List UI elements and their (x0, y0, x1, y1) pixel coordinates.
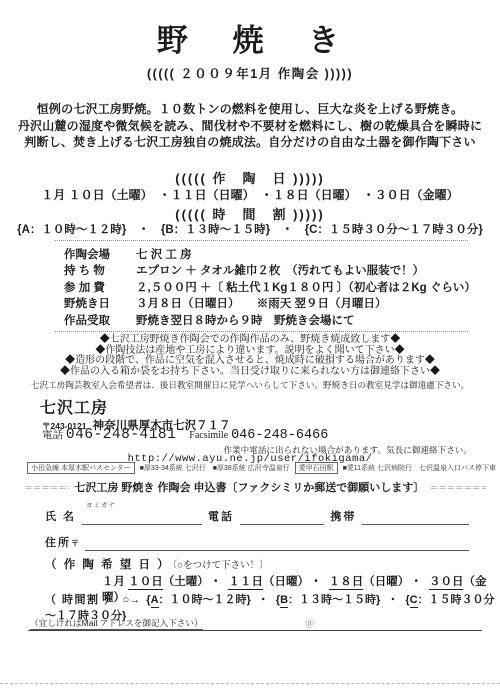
page-subtitle: ((((( ２００９年1月 作陶会 ))))) (0, 64, 500, 82)
name-field-label: 氏 名 (45, 508, 76, 525)
mail-address-row: （宜しければMail アドレスを御記入下さい） ＠ (28, 612, 482, 631)
detail-label: 作陶会場 (64, 247, 124, 263)
detail-row: 持 ち 物 エプロン ＋ タオル雑巾２枚 （汚れてもよい服装で！） (64, 263, 480, 279)
bus-access-info: 小田急線 本厚木駅バスセンター ■厚33-34系統 七沢行 ■厚38系統 広沢寺… (24, 462, 490, 474)
detail-row: 参 加 費 ２,５００円 ＋〔 粘土代１Kg１８０円 〕（初心者は２Kg ぐらい… (64, 280, 480, 296)
timeslot-option: {A：１０時～１２時} (146, 594, 251, 608)
detail-label: 参 加 費 (64, 280, 124, 296)
name-contact-row: 氏 名 電話 携帯 (45, 508, 475, 525)
form-header: ＝＝＝＝＝＝＝＝ 七沢工房 野焼き 作陶会 申込書〔ファクシミリか郵送で御願いし… (24, 479, 486, 495)
timetable-slots: {A：１０時～１２時} ・ {B：１３時～１５時} ・ {C：１５時３０分～１７… (0, 221, 500, 237)
scanned-flyer-page: 野 焼 き ((((( ２００９年1月 作陶会 ))))) 恒例の七沢工房野焼。… (0, 0, 500, 688)
note-item: ◆七沢工房野焼き作陶会での作陶作品のみ、野焼き焼成致します◆ (0, 335, 500, 346)
header-block: 野 焼 き ((((( ２００９年1月 作陶会 ))))) (0, 24, 500, 82)
phone-field-line (240, 510, 324, 525)
phone-number: 046-248-4181 (66, 427, 176, 443)
scan-artifact-line (0, 683, 500, 684)
fax-label: Facsimile (189, 430, 228, 441)
bus-route: ■厚33-34系統 七沢行 ■厚38系統 広沢寺温泉行 (140, 465, 290, 472)
detail-value: 野焼き翌日８時から９時 野焼き会場にて (136, 313, 355, 329)
station-badge: 愛甲石田駅 (295, 462, 338, 474)
intro-line: 丹沢山麓の湿度や微気候を読み、間伐材や不要材を燃料にし、樹の乾燥具合を瞬時に (0, 118, 500, 135)
page-title: 野 焼 き (0, 24, 500, 58)
studio-name: 七沢工房 (40, 395, 500, 418)
timeslot-option: {B：１３時～１５時} (276, 594, 381, 608)
note-item: ◆作品の入る箱か袋をお持ち下さい。当日受け取りに来られない方は御連絡下さい◆ (0, 367, 500, 378)
phone-field-label: 電話 (208, 508, 234, 525)
circle-arrow-mark: ○→ (123, 594, 141, 606)
dotted-divider (55, 331, 468, 332)
address-field-line (85, 536, 469, 551)
note-small: 七沢工房陶芸教室入会希望者は、後日教室開催日に見学へいらして下さい。野焼き日の教… (0, 379, 500, 391)
intro-line: 判断し、焚き上げる七沢工房独自の焼成法。自分だけの自由な土器を御作陶下さい (0, 134, 500, 151)
wish-date-label-row: （ 作 陶 希 望 日 ）〔○をつけて下さい！〕 (45, 556, 500, 572)
name-field-line (82, 510, 202, 525)
notes-list: ◆七沢工房野焼き作陶会での作陶作品のみ、野焼き焼成致します◆ ◆作陶技法は産地や… (0, 335, 500, 391)
intro-paragraph: 恒例の七沢工房野焼。１０数トンの燃料を使用し、巨大な炎を上げる野焼き。 丹沢山麓… (0, 101, 500, 151)
wish-date-label: （ 作 陶 希 望 日 ） (45, 559, 171, 571)
event-details-list: 作陶会場 七 沢 工 房 持 ち 物 エプロン ＋ タオル雑巾２枚 （汚れてもよ… (64, 247, 480, 329)
section-heading-pottery-dates: ((((( 作 陶 日 ))))) (0, 168, 500, 187)
detail-label: 持 ち 物 (64, 263, 124, 279)
detail-label: 野焼き日 (64, 296, 124, 312)
detail-value: ３月８日（日曜日） ※雨天 翌９日（月曜日） (136, 296, 386, 312)
dotted-divider (55, 240, 468, 241)
postal-mark: 〒 (71, 538, 79, 551)
at-sign: ＠ (305, 616, 314, 629)
fax-number: 046-248-6466 (231, 428, 328, 443)
pottery-dates: １月 １０日（土曜） ・１１日（日曜） ・１８日（日曜） ・３０日（金曜） (0, 186, 500, 203)
timeslot-label: （ 時間割 ） (45, 594, 117, 606)
station-badge: 小田急線 本厚木駅バスセンター (27, 462, 135, 474)
detail-row: 野焼き日 ３月８日（日曜日） ※雨天 翌９日（月曜日） (64, 296, 480, 312)
address-field-label: 住所 (45, 534, 71, 551)
equals-rule-right: ＝＝＝＝＝＝＝＝＝＝ (429, 481, 486, 494)
detail-value: 七 沢 工 房 (136, 247, 192, 263)
detail-value: エプロン ＋ タオル雑巾２枚 （汚れてもよい服装で！） (136, 263, 424, 279)
bus-route: ■愛11系統 七沢病院行 七沢温泉入口バス停下車 (343, 465, 496, 472)
address-row: 住所 〒 (45, 534, 475, 551)
detail-label: 作品受取 (64, 313, 124, 329)
mobile-field-line (362, 510, 469, 525)
form-title: 七沢工房 野焼き 作陶会 申込書〔ファクシミリか郵送で御願いします〕 (74, 479, 424, 495)
detail-row: 作品受取 野焼き翌日８時から９時 野焼き会場にて (64, 313, 480, 329)
wish-date-option: １０日（土曜） (128, 576, 203, 590)
mail-address-label: （宜しければMail アドレスを御記入下さい） (30, 617, 203, 630)
phone-label: 電話 (42, 429, 63, 441)
detail-row: 作陶会場 七 沢 工 房 (64, 247, 480, 263)
wish-date-option: １８日（日曜） (329, 576, 404, 590)
wish-date-option: １１日（日曜） (228, 576, 303, 590)
mobile-field-label: 携帯 (330, 508, 356, 525)
studio-contact: 電話 046-248-4181 Facsimile 046-248-6466 (42, 427, 500, 443)
equals-rule-left: ＝＝＝＝＝＝＝＝ (24, 481, 69, 494)
detail-value: ２,５００円 ＋〔 粘土代１Kg１８０円 〕（初心者は２Kg ぐらい） (136, 280, 476, 296)
wish-date-instruction: 〔○をつけて下さい！〕 (173, 560, 269, 571)
wish-month: １月 (102, 576, 125, 588)
intro-line: 恒例の七沢工房野焼。１０数トンの燃料を使用し、巨大な炎を上げる野焼き。 (0, 101, 500, 118)
